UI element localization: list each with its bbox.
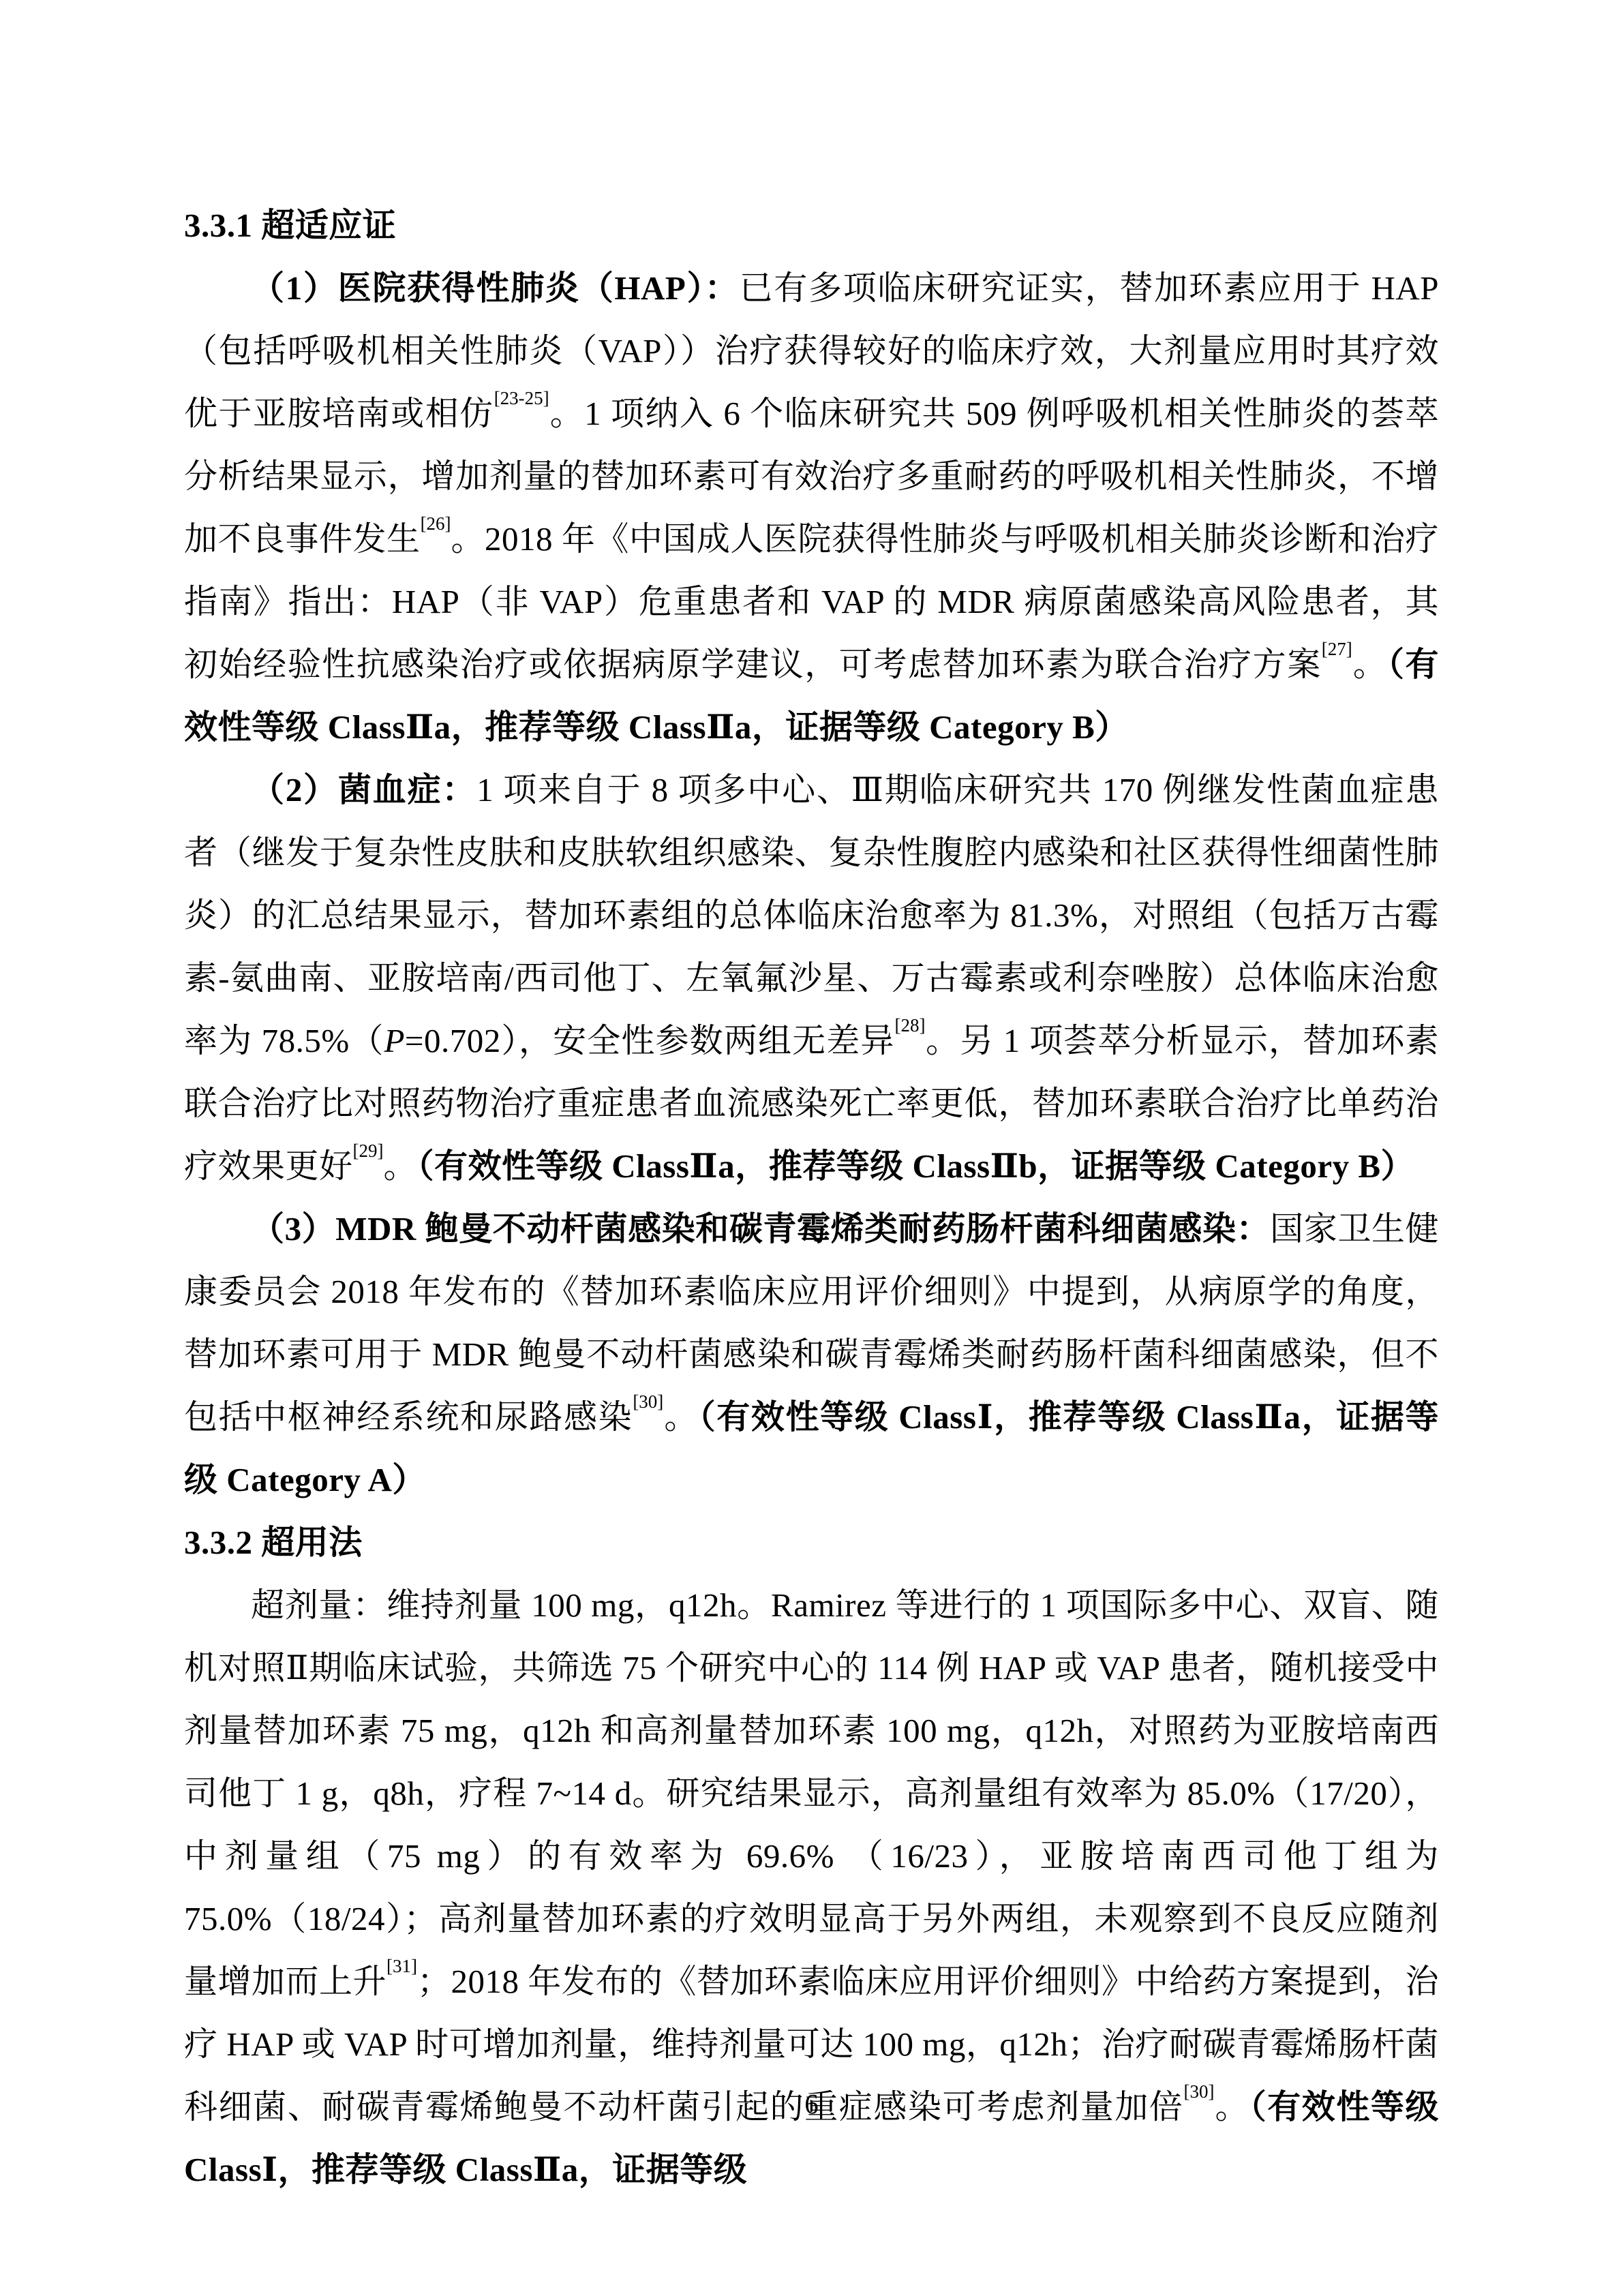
text-run: 超剂量：维持剂量 100 mg，q12h。Ramirez 等进行的 1 项国际多… [184, 1586, 1439, 2000]
reference-superscript: [26] [421, 513, 451, 534]
text-run: 。 [1352, 646, 1388, 683]
reference-superscript: [30] [633, 1391, 663, 1412]
section-heading-3-3-1: 3.3.1 超适应证 [184, 194, 1439, 257]
text-run: 3.3.2 超用法 [184, 1524, 363, 1561]
text-run: （1）医院获得性肺炎（HAP）： [251, 269, 740, 307]
paragraph-hap: （1）医院获得性肺炎（HAP）：已有多项临床研究证实，替加环素应用于 HAP（包… [184, 257, 1439, 759]
text-run: （2）菌血症： [251, 771, 476, 809]
reference-superscript: [28] [894, 1015, 925, 1036]
text-run: 1 项来自于 8 项多中心、Ⅲ期临床研究共 170 例继发性菌血症患者（继发于复… [184, 771, 1439, 1059]
text-run: =0.702），安全性参数两组无差异 [405, 1022, 895, 1059]
document-body: 3.3.1 超适应证（1）医院获得性肺炎（HAP）：已有多项临床研究证实，替加环… [184, 194, 1439, 2201]
section-heading-3-3-2: 3.3.2 超用法 [184, 1511, 1439, 1574]
page-number: 6 [184, 2087, 1439, 2120]
text-run: 。 [384, 1147, 418, 1185]
paragraph-mdr-infection: （3）MDR 鲍曼不动杆菌感染和碳青霉烯类耐药肠杆菌科细菌感染：国家卫生健康委员… [184, 1198, 1439, 1511]
reference-superscript: [31] [386, 1956, 417, 1976]
text-run: 3.3.1 超适应证 [184, 207, 396, 244]
paragraph-bacteremia: （2）菌血症：1 项来自于 8 项多中心、Ⅲ期临床研究共 170 例继发性菌血症… [184, 759, 1439, 1198]
text-run: 。 [663, 1398, 699, 1436]
reference-superscript: [29] [353, 1141, 384, 1161]
document-page: 3.3.1 超适应证（1）医院获得性肺炎（HAP）：已有多项临床研究证实，替加环… [0, 0, 1623, 2296]
reference-superscript: [27] [1322, 639, 1352, 659]
reference-superscript: [23-25] [494, 388, 549, 408]
text-run: （有效性等级 ClassⅡa，推荐等级 ClassⅡb，证据等级 Categor… [417, 1147, 1414, 1185]
text-run: （3）MDR 鲍曼不动杆菌感染和碳青霉烯类耐药肠杆菌科细菌感染： [251, 1210, 1270, 1248]
text-run: P [384, 1022, 404, 1059]
